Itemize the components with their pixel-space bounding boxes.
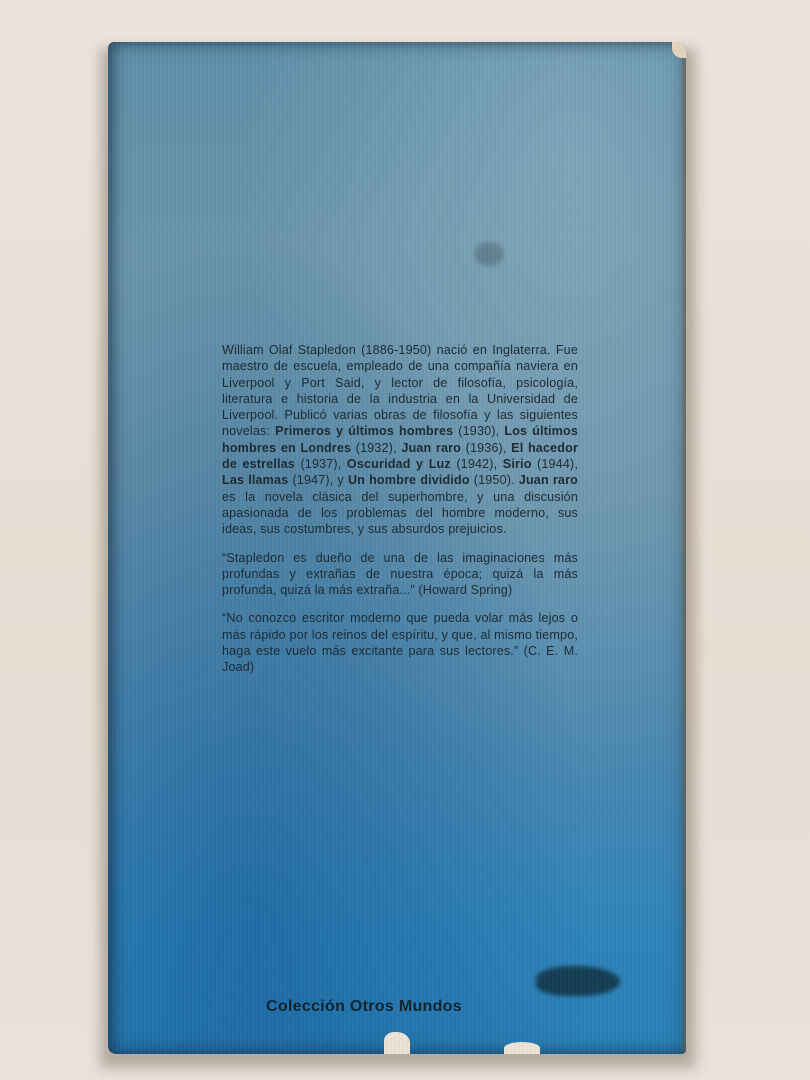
quote-cem-joad: “No conozco escritor moderno que pueda v… — [222, 610, 578, 675]
book-title: Sirio — [503, 457, 532, 471]
book-title: Un hombre dividido — [348, 473, 470, 487]
torn-edge — [504, 1042, 540, 1054]
bio-text: (1947), y — [288, 473, 348, 487]
bio-text: (1950). — [470, 473, 519, 487]
book-title: Primeros y últimos hombres — [275, 424, 453, 438]
bio-text: (1932), — [351, 441, 401, 455]
collection-label: Colección Otros Mundos — [266, 998, 462, 1016]
bio-text: (1942), — [451, 457, 503, 471]
edge-wear — [680, 42, 686, 1054]
worn-corner — [672, 42, 686, 58]
bio-text: (1937), — [295, 457, 347, 471]
ink-smudge — [536, 966, 620, 996]
blurb-text: William Olaf Stapledon (1886-1950) nació… — [222, 342, 578, 688]
torn-edge — [384, 1032, 410, 1054]
book-back-cover: William Olaf Stapledon (1886-1950) nació… — [108, 42, 686, 1054]
bio-text: (1930), — [453, 424, 504, 438]
book-title: Las llamas — [222, 473, 288, 487]
bio-text: es la novela clásica del superhombre, y … — [222, 490, 578, 537]
author-bio: William Olaf Stapledon (1886-1950) nació… — [222, 342, 578, 538]
book-title: Juan raro — [519, 473, 578, 487]
photo-scene: William Olaf Stapledon (1886-1950) nació… — [0, 0, 810, 1080]
book-title: Juan raro — [401, 441, 461, 455]
book-title: Oscuridad y Luz — [347, 457, 451, 471]
quote-howard-spring: “Stapledon es dueño de una de las imagin… — [222, 550, 578, 599]
stain-mark — [474, 242, 504, 266]
bio-text: (1944), — [532, 457, 578, 471]
bio-text: (1936), — [461, 441, 511, 455]
